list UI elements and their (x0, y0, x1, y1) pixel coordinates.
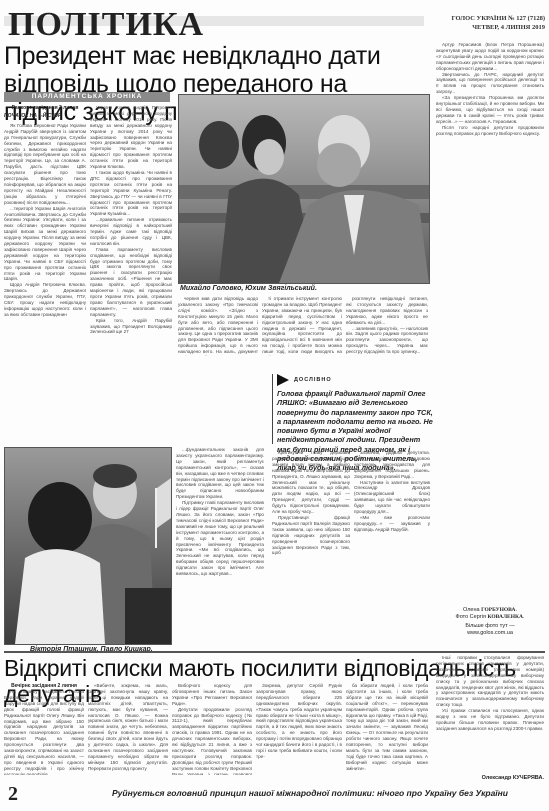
dateline: Ранкове засідання 3 липня (4, 105, 86, 111)
article1-column-8: Артур Герасимов (Блок Петра Порошенка) а… (436, 42, 544, 602)
article1-column-9: ...фундаментальних законів для захисту у… (176, 447, 264, 645)
paragraph: «Вибачте, зокрема, на жаль, сьогодні зах… (88, 683, 168, 772)
paragraph: Крім того, Андрій Парубій зауважив, що П… (90, 318, 172, 336)
paragraph: розглянути невідкладні питання, які стос… (346, 296, 428, 326)
paragraph: ті отримати інструмент контролю громадян… (262, 296, 342, 356)
paragraph: ...території України Шарія Анатолія Анат… (4, 206, 86, 283)
paragraph: Звертаючись до ПАРЄ, народний депутат за… (436, 72, 544, 96)
article2-column-1: Вечірнє засідання 2 липня На початку зас… (4, 683, 84, 775)
article1-column-4: ті отримати інструмент контролю громадян… (262, 296, 342, 356)
kicker: ПОЧАТОК НА 1-Й СТОР. (4, 114, 86, 120)
paragraph: Підтримку главі парламенту висловив і лі… (176, 500, 264, 577)
paragraph: ...правильне питання отримають вичерпні … (90, 217, 172, 247)
article2-column-4: Зокрема, депутат Сергій Руднік запропону… (256, 683, 342, 775)
photo-golovko-zvyahilsky (178, 94, 430, 284)
section-divider (4, 651, 545, 653)
paragraph: Депутати продовжили розгляд поправок до … (172, 707, 252, 775)
article1-column-5: розглянути невідкладні питання, які стос… (346, 296, 428, 356)
photographer-name: КОВАЛЕНКА (488, 614, 523, 620)
photo-label: Фото Сергія (456, 614, 486, 620)
paragraph: Наступним із запитом виступив Олександр … (354, 480, 430, 515)
article1-column-3: червня мав дати відповідь щодо ухваленог… (178, 296, 258, 356)
paragraph: На початку засідання Голова Верховної Ра… (4, 689, 84, 775)
paragraph: Представниця фракції Радикальної партії … (272, 515, 350, 556)
paragraph: червня мав дати відповідь щодо ухваленог… (178, 296, 258, 356)
footer-slogan: Руйнується головний принцип нашої міжнар… (100, 788, 520, 798)
paragraph: «За президентства Порошенка ми досягли в… (436, 95, 544, 125)
issue-date: ЧЕТВЕР, 4 ЛИПНЯ 2019 (452, 23, 545, 32)
author-label: Олена (463, 607, 480, 613)
photo-image (179, 95, 429, 283)
article2-column-6: Інші поправки стосувалися формування рег… (436, 655, 544, 773)
newspaper-page: ПОЛІТИКА ГОЛОС УКРАЇНИ № 127 (7128) ЧЕТВ… (0, 0, 549, 811)
website-link[interactable]: www.golos.com.ua (436, 630, 544, 637)
paragraph: ба збирати людей, і коли треба підстояти… (346, 683, 428, 772)
paragraph: Артур Герасимов (Блок Петра Порошенка) а… (436, 42, 544, 72)
paragraph: Інші поправки стосувалися формування рег… (436, 655, 544, 708)
paragraph: Критикуючи главу держави, радикал зауваж… (272, 450, 350, 515)
paragraph: «Ми вже розпочали процедуру...» — зауваж… (354, 515, 430, 533)
paragraph: Після того народні депутати продовжили р… (436, 125, 544, 137)
paragraph: України Клюєв Андрій Петрович виїхав за … (90, 105, 172, 170)
issue-number: ГОЛОС УКРАЇНИ № 127 (7128) (452, 14, 545, 23)
paragraph: Як Голова Верховної Ради України Андрій … (4, 123, 86, 206)
photo-ptashnyk-kyshkar (4, 447, 172, 645)
article2-column-5: ба збирати людей, і коли треба підстояти… (346, 683, 428, 775)
paragraph: Зокрема, депутат Сергій Руднік запропону… (256, 683, 342, 760)
photo-image (5, 448, 171, 644)
article2-author: Олександр КУЧЕРЯВА. (436, 775, 544, 782)
quote-box: ДОСЛІВНО Голова фракції Радикальної парт… (272, 374, 435, 444)
article2-column-2: «Вибачте, зокрема, на жаль, сьогодні зах… (88, 683, 168, 775)
article1-column-6: Критикуючи главу держави, радикал зауваж… (272, 450, 350, 645)
quote-label: ДОСЛІВНО (294, 377, 332, 383)
flag-icon (277, 374, 289, 386)
paragraph: зазначив, додала депутатка. Цей матеріал… (354, 450, 430, 480)
page-number: 2 (8, 783, 18, 806)
paragraph: ...фундаментальних законів для захисту у… (176, 447, 264, 500)
article2-column-3: Виборчого кодексу для обговорення інших … (172, 683, 252, 775)
paragraph: Усі правки ставилися на голосування, одн… (436, 708, 544, 732)
article1-byline: Олена ГОРБУНОВА. Фото Сергія КОВАЛЕНКА. … (436, 607, 544, 637)
masthead: ГОЛОС УКРАЇНИ № 127 (7128) ЧЕТВЕР, 4 ЛИП… (452, 14, 545, 32)
paragraph: Глава парламенту висловив сподівання, що… (90, 247, 172, 318)
paragraph: ...запевнив присутніх, — наголосив він. … (346, 326, 428, 356)
paragraph: Щодо Андрія Петровича Клюєва. Звертаюсь … (4, 282, 86, 317)
author-name: ГОРБУНОВА (481, 607, 515, 613)
article1-column-1: Ранкове засідання 3 липня ПОЧАТОК НА 1-Й… (4, 105, 86, 445)
section-label: ПАРЛАМЕНТСЬКА ХРОНІКА (4, 92, 170, 102)
section-rubric: ПОЛІТИКА (8, 6, 204, 44)
article1-column-2: України Клюєв Андрій Петрович виїхав за … (90, 105, 172, 445)
more-photos: Більше фото тут — (436, 623, 544, 630)
article1-column-7: зазначив, додала депутатка. Цей матеріал… (354, 450, 430, 645)
paragraph: І також щодо Кузьміна. Чи наявні в ДПС в… (90, 170, 172, 217)
photo1-caption: Михайло Головко, Юхим Звягільський. (180, 285, 317, 292)
paragraph: Виборчого кодексу для обговорення інших … (172, 683, 252, 707)
